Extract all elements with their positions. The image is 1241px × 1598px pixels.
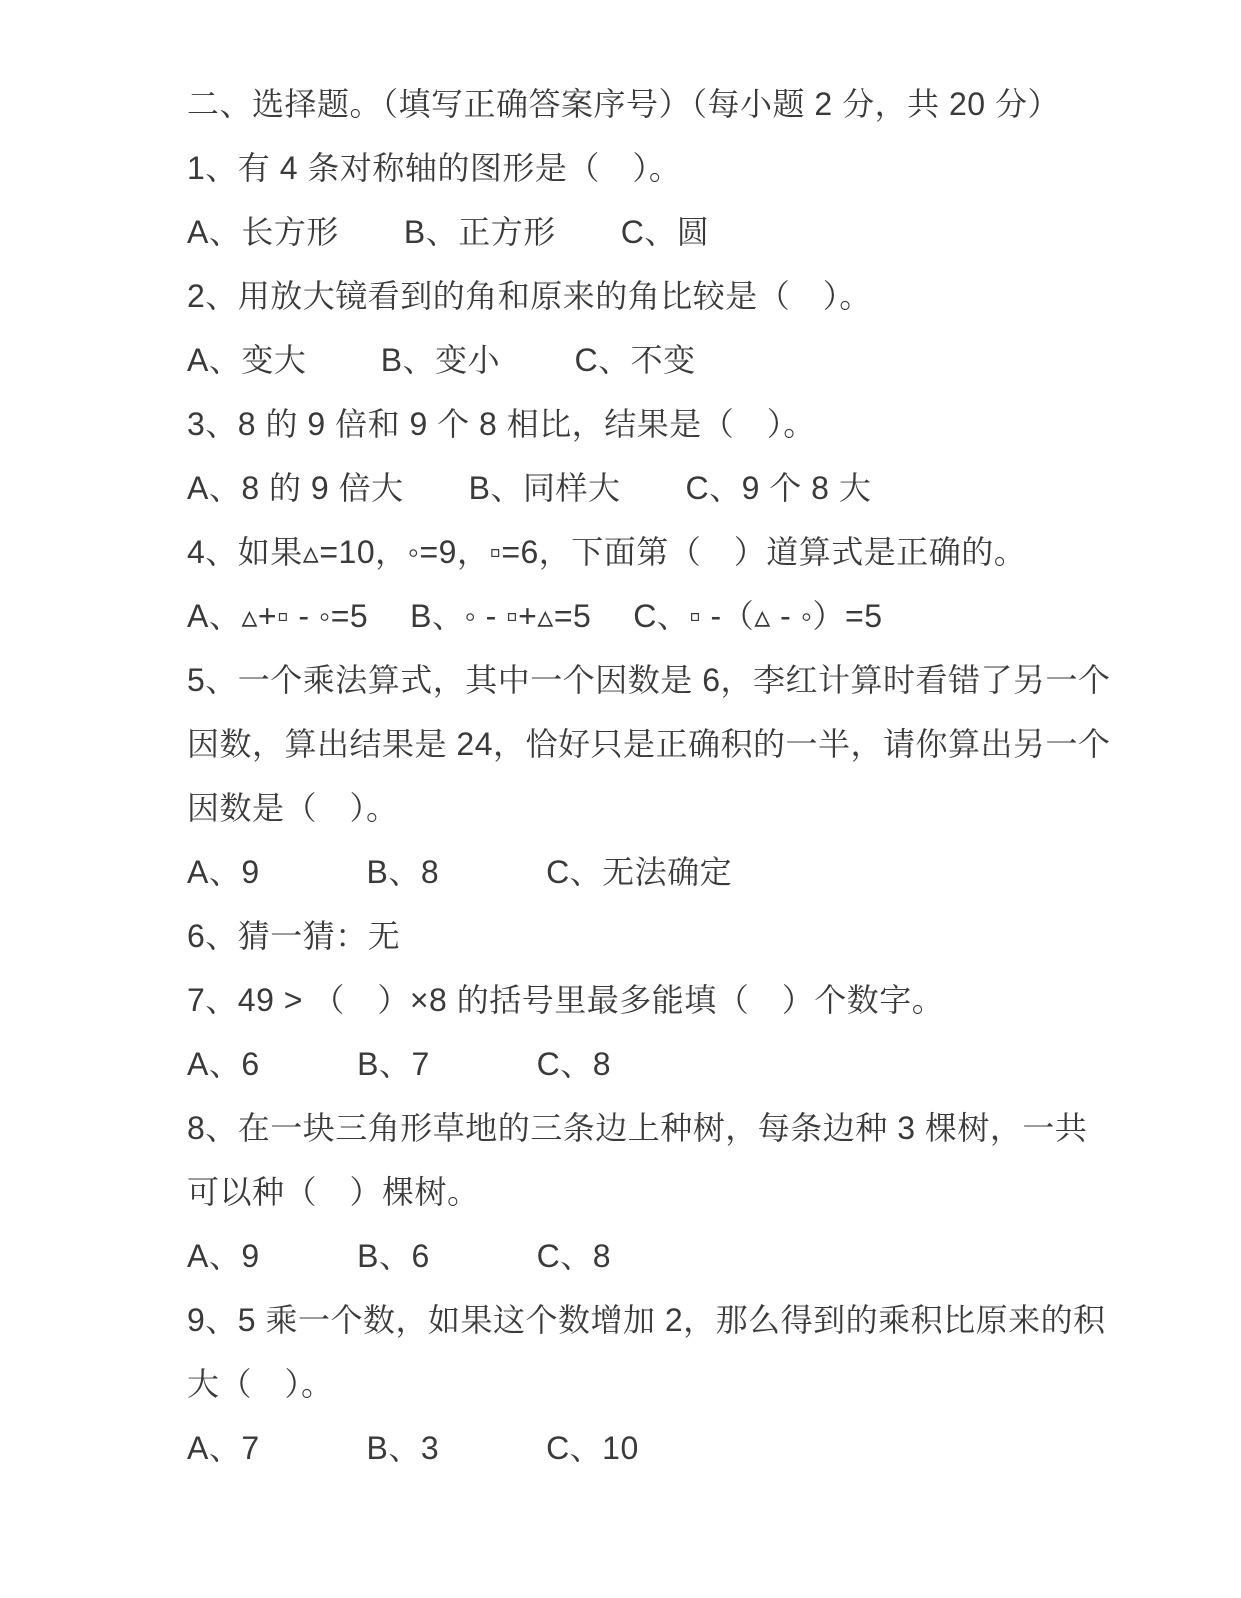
- question-9-options: A、7 B、3 C、10: [187, 1416, 1151, 1480]
- question-1-options: A、长方形 B、正方形 C、圆: [187, 200, 1151, 264]
- question-1-stem: 1、有 4 条对称轴的图形是（ ）。: [187, 136, 1151, 200]
- question-2-stem: 2、用放大镜看到的角和原来的角比较是（ ）。: [187, 264, 1151, 328]
- question-5-stem-line-3: 因数是（ ）。: [187, 776, 1151, 840]
- question-9-stem-line-2: 大（ ）。: [187, 1352, 1151, 1416]
- worksheet-page: 二、选择题。（填写正确答案序号）（每小题 2 分，共 20 分） 1、有 4 条…: [0, 0, 1241, 1598]
- question-8-stem-line-2: 可以种（ ）棵树。: [187, 1160, 1151, 1224]
- question-5-stem-line-1: 5、一个乘法算式，其中一个因数是 6，李红计算时看错了另一个: [187, 648, 1151, 712]
- question-2-options: A、变大 B、变小 C、不变: [187, 328, 1151, 392]
- question-4-stem: 4、如果▵=10，◦=9，▫=6，下面第（ ）道算式是正确的。: [187, 520, 1151, 584]
- question-3-stem: 3、8 的 9 倍和 9 个 8 相比，结果是（ ）。: [187, 392, 1151, 456]
- question-8-options: A、9 B、6 C、8: [187, 1224, 1151, 1288]
- question-4-options: A、▵+▫ - ◦=5 B、◦ - ▫+▵=5 C、▫ -（▵ - ◦）=5: [187, 584, 1151, 648]
- section-heading: 二、选择题。（填写正确答案序号）（每小题 2 分，共 20 分）: [187, 72, 1151, 136]
- question-3-options: A、8 的 9 倍大 B、同样大 C、9 个 8 大: [187, 456, 1151, 520]
- question-8-stem-line-1: 8、在一块三角形草地的三条边上种树，每条边种 3 棵树，一共: [187, 1096, 1151, 1160]
- question-5-options: A、9 B、8 C、无法确定: [187, 840, 1151, 904]
- question-7-options: A、6 B、7 C、8: [187, 1032, 1151, 1096]
- question-6-stem: 6、猜一猜：无: [187, 904, 1151, 968]
- question-7-stem: 7、49 > （ ）×8 的括号里最多能填（ ）个数字。: [187, 968, 1151, 1032]
- question-9-stem-line-1: 9、5 乘一个数，如果这个数增加 2，那么得到的乘积比原来的积: [187, 1288, 1151, 1352]
- question-5-stem-line-2: 因数，算出结果是 24，恰好只是正确积的一半，请你算出另一个: [187, 712, 1151, 776]
